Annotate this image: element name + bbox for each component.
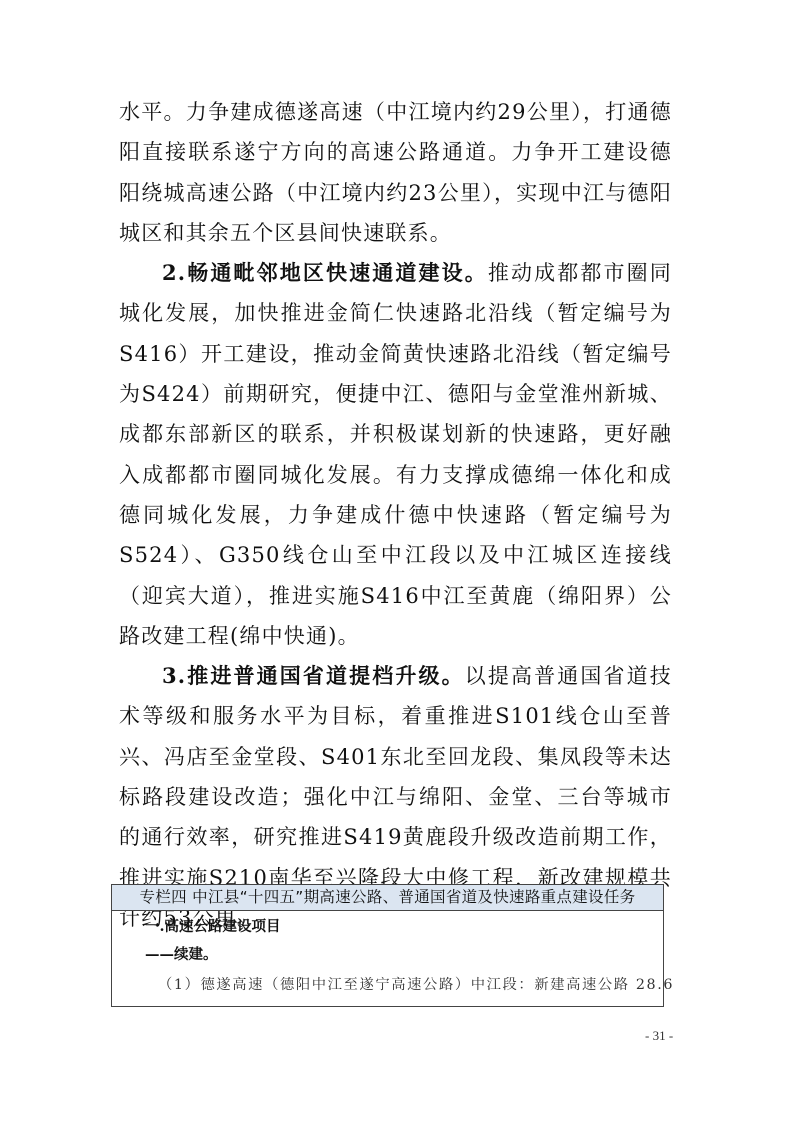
paragraph-heading: 3.推进普通国省道提档升级。 [162,663,465,688]
body-text: 水平。力争建成德遂高速（中江境内约29公里），打通德阳直接联系遂宁方向的高速公路… [119,92,672,938]
box-subheading: ——续建。 [145,943,218,964]
paragraph-expressway-continuation: 水平。力争建成德遂高速（中江境内约29公里），打通德阳直接联系遂宁方向的高速公路… [119,92,672,253]
page-number: - 31 - [645,1028,673,1044]
box-item: （1）德遂高速（德阳中江至遂宁高速公路）中江段：新建高速公路 28.6 [158,974,674,994]
paragraph-text: 水平。力争建成德遂高速（中江境内约29公里），打通德阳直接联系遂宁方向的高速公路… [119,100,672,245]
document-page: 水平。力争建成德遂高速（中江境内约29公里），打通德阳直接联系遂宁方向的高速公路… [0,0,793,1122]
paragraph-heading: 2.畅通毗邻地区快速通道建设。 [162,260,488,285]
paragraph-text: 推动成都都市圈同城化发展，加快推进金简仁快速路北沿线（暂定编号为S416）开工建… [119,261,672,648]
paragraph-neighbor-express-channels: 2.畅通毗邻地区快速通道建设。推动成都都市圈同城化发展，加快推进金简仁快速路北沿… [119,253,672,656]
sidebar-box-column-4: 专栏四 中江县“十四五”期高速公路、普通国省道及快速路重点建设任务 一.高速公路… [111,884,664,1007]
box-title: 专栏四 中江县“十四五”期高速公路、普通国省道及快速路重点建设任务 [112,885,663,911]
box-section-heading: 一.高速公路建设项目 [145,915,281,936]
